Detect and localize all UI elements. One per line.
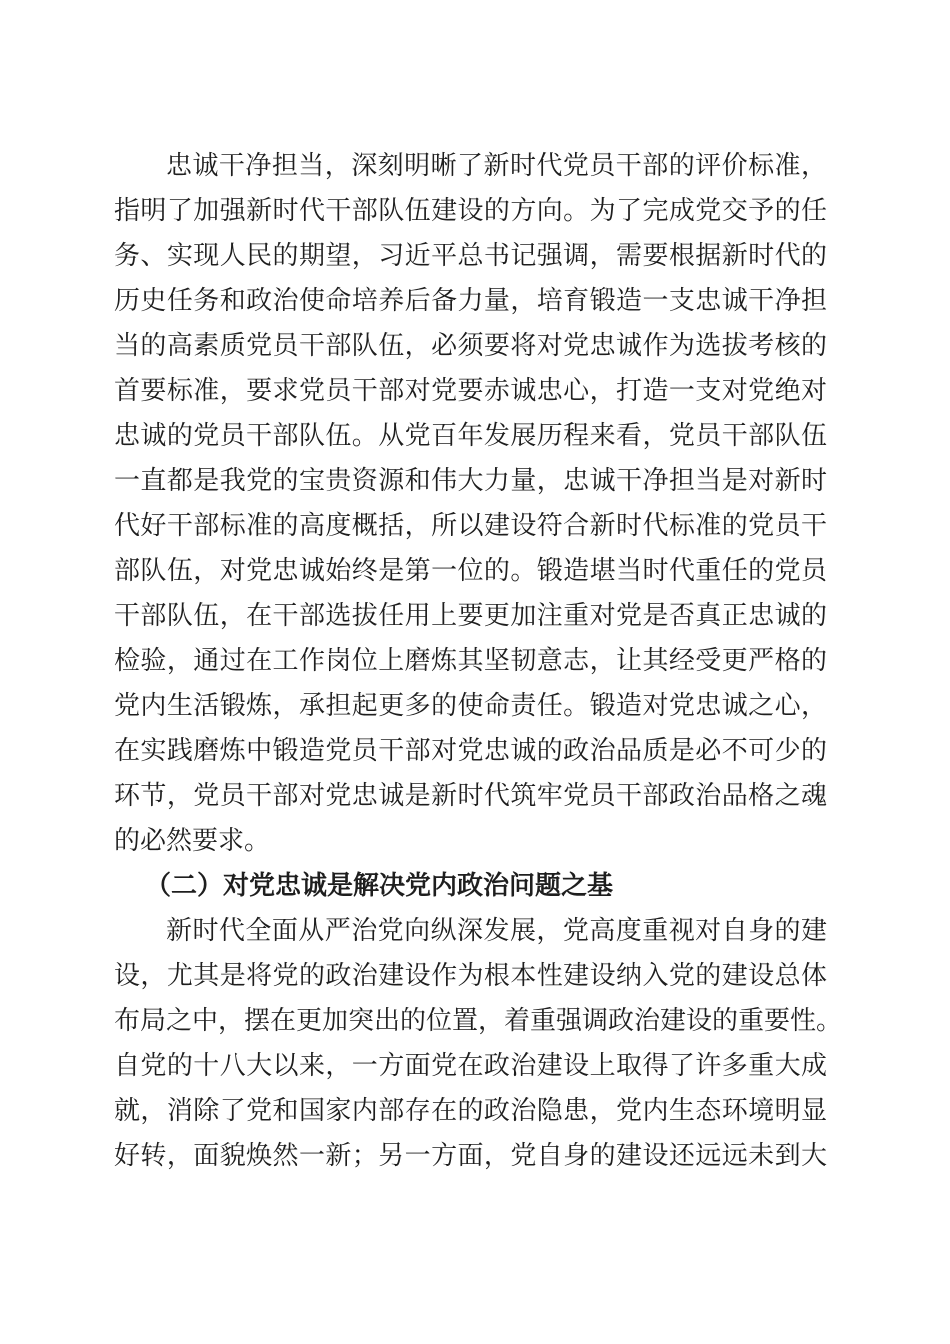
text-line: 代好干部标准的高度概括，所以建设符合新时代标准的党员干 [114, 503, 827, 548]
text-line: 指明了加强新时代干部队伍建设的方向。为了完成党交予的任 [114, 188, 827, 233]
text-line: 干部队伍，在干部选拔任用上要更加注重对党是否真正忠诚的 [114, 593, 827, 638]
text-line: 检验，通过在工作岗位上磨炼其坚韧意志，让其经受更严格的 [114, 638, 827, 683]
text-line: 忠诚干净担当，深刻明晰了新时代党员干部的评价标准， [114, 143, 827, 188]
text-line: 一直都是我党的宝贵资源和伟大力量，忠诚干净担当是对新时 [114, 458, 827, 503]
section-heading: （二）对党忠诚是解决党内政治问题之基 [114, 863, 827, 908]
text-line: 忠诚的党员干部队伍。从党百年发展历程来看，党员干部队伍 [114, 413, 827, 458]
text-line: 历史任务和政治使命培养后备力量，培育锻造一支忠诚干净担 [114, 278, 827, 323]
text-line: 好转，面貌焕然一新；另一方面，党自身的建设还远远未到大 [114, 1133, 827, 1178]
text-line: 设，尤其是将党的政治建设作为根本性建设纳入党的建设总体 [114, 953, 827, 998]
document-page: 忠诚干净担当，深刻明晰了新时代党员干部的评价标准，指明了加强新时代干部队伍建设的… [0, 0, 950, 1344]
text-block: 忠诚干净担当，深刻明晰了新时代党员干部的评价标准，指明了加强新时代干部队伍建设的… [114, 143, 827, 1178]
text-line: 就，消除了党和国家内部存在的政治隐患，党内生态环境明显 [114, 1088, 827, 1133]
text-line: 首要标准，要求党员干部对党要赤诚忠心，打造一支对党绝对 [114, 368, 827, 413]
text-line: 当的高素质党员干部队伍，必须要将对党忠诚作为选拔考核的 [114, 323, 827, 368]
text-line: 环节，党员干部对党忠诚是新时代筑牢党员干部政治品格之魂 [114, 773, 827, 818]
text-line: 的必然要求。 [114, 818, 827, 863]
text-line: 新时代全面从严治党向纵深发展，党高度重视对自身的建 [114, 908, 827, 953]
text-line: 务、实现人民的期望，习近平总书记强调，需要根据新时代的 [114, 233, 827, 278]
text-line: 布局之中，摆在更加突出的位置，着重强调政治建设的重要性。 [114, 998, 827, 1043]
text-line: 自党的十八大以来，一方面党在政治建设上取得了许多重大成 [114, 1043, 827, 1088]
text-line: 党内生活锻炼，承担起更多的使命责任。锻造对党忠诚之心， [114, 683, 827, 728]
text-line: 在实践磨炼中锻造党员干部对党忠诚的政治品质是必不可少的 [114, 728, 827, 773]
text-line: 部队伍，对党忠诚始终是第一位的。锻造堪当时代重任的党员 [114, 548, 827, 593]
